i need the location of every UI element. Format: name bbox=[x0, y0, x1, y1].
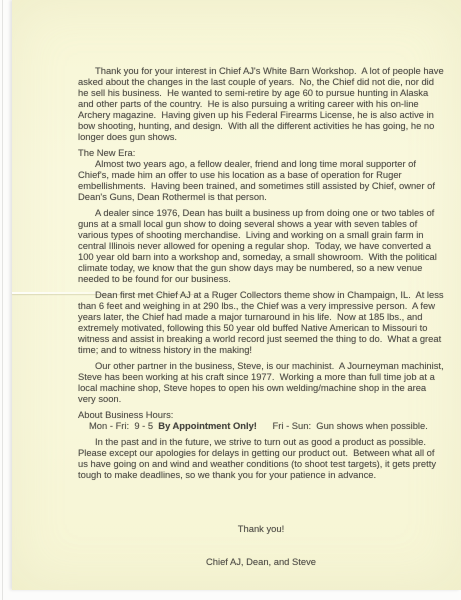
scanned-letter-viewport: Thank you for your interest in Chief AJ'… bbox=[0, 0, 461, 600]
hours-weekday-text: Mon - Fri: 9 - 5 bbox=[89, 420, 158, 431]
scanner-edge-line bbox=[2, 0, 3, 600]
letter-body: Thank you for your interest in Chief AJ'… bbox=[78, 65, 444, 589]
business-hours-line: Mon - Fri: 9 - 5 By Appointment Only! Fr… bbox=[78, 420, 444, 431]
closing-block: Thank you! Chief AJ, Dean, and Steve bbox=[78, 501, 444, 589]
letter-page: Thank you for your interest in Chief AJ'… bbox=[12, 0, 461, 590]
section-heading-new-era: The New Era: bbox=[78, 147, 444, 158]
paragraph-new-era: Almost two years ago, a fellow dealer, f… bbox=[78, 158, 444, 202]
paragraph-chief-meeting: Dean first met Chief AJ at a Ruger Colle… bbox=[78, 289, 444, 355]
closing-thanks: Thank you! bbox=[78, 523, 444, 534]
hours-appointment-note: By Appointment Only! bbox=[158, 420, 257, 431]
closing-signature: Chief AJ, Dean, and Steve bbox=[78, 556, 444, 567]
hours-weekend-text: Fri - Sun: Gun shows when possible. bbox=[257, 420, 428, 431]
paragraph-intro: Thank you for your interest in Chief AJ'… bbox=[78, 65, 444, 142]
section-heading-business-hours: About Business Hours: bbox=[78, 409, 444, 420]
paragraph-apology: In the past and in the future, we strive… bbox=[78, 436, 444, 480]
paragraph-dean-history: A dealer since 1976, Dean has built a bu… bbox=[78, 207, 444, 284]
paragraph-steve-machinist: Our other partner in the business, Steve… bbox=[78, 360, 444, 404]
